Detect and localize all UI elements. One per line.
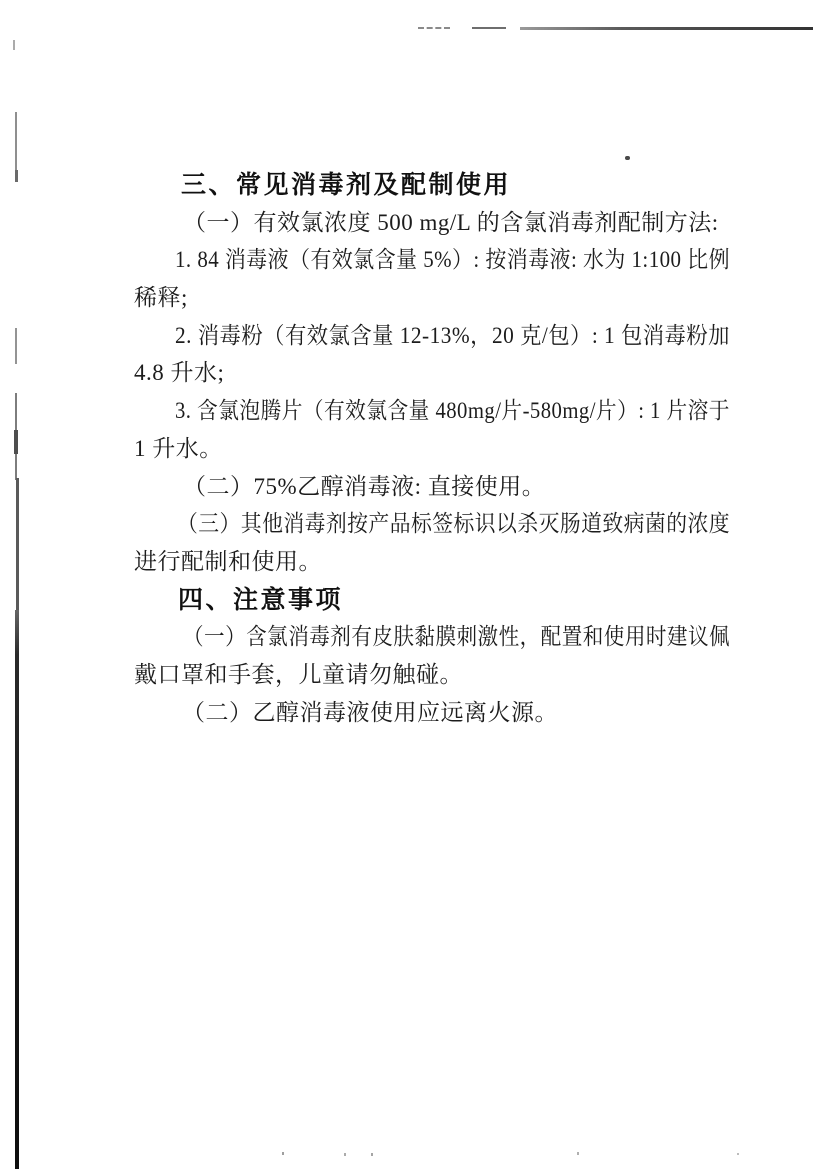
text-line: （一）有效氯浓度 500 mg/L 的含氯消毒剂配制方法: <box>183 207 719 239</box>
text-line: 稀释; <box>134 282 188 314</box>
scan-artifact-left-streak-3-blob <box>14 430 18 454</box>
text-line: （二）75%乙醇消毒液: 直接使用。 <box>183 471 545 503</box>
text-line: 3. 含氯泡腾片（有效氯含量 480mg/片-580mg/片）: 1 片溶于 <box>175 395 730 427</box>
text-line: 4.8 升水; <box>134 357 224 389</box>
scan-artifact-bottom-speck-3 <box>371 1153 373 1156</box>
text-line: 进行配制和使用。 <box>134 546 322 578</box>
text-line: 1. 84 消毒液（有效氯含量 5%）: 按消毒液: 水为 1:100 比例 <box>175 244 730 276</box>
text-line: 2. 消毒粉（有效氯含量 12-13%，20 克/包）: 1 包消毒粉加 <box>175 320 730 352</box>
scan-artifact-top-rule-dashed-segment <box>418 27 450 29</box>
text-line: （三）其他消毒剂按产品标签标识以杀灭肠道致病菌的浓度 <box>177 508 730 540</box>
document-page: 三、常见消毒剂及配制使用（一）有效氯浓度 500 mg/L 的含氯消毒剂配制方法… <box>0 0 827 1169</box>
scan-artifact-left-edge-tick-top <box>13 40 15 50</box>
section-heading-line: 三、常见消毒剂及配制使用 <box>181 169 511 201</box>
scan-artifact-bottom-speck-2 <box>344 1153 346 1156</box>
scan-artifact-top-rule-long-segment <box>520 27 813 30</box>
section-heading-line: 四、注意事项 <box>178 584 343 616</box>
text-line: （一）含氯消毒剂有皮肤黏膜刺激性，配置和使用时建议佩 <box>183 621 730 653</box>
text-line: 1 升水。 <box>134 433 223 465</box>
scan-artifact-stray-dot <box>625 156 630 160</box>
scan-artifact-bottom-speck-4 <box>577 1152 579 1155</box>
scan-artifact-bottom-speck-1 <box>282 1152 284 1155</box>
scan-artifact-left-streak-4 <box>16 478 19 612</box>
scan-artifact-left-streak-bottom <box>15 610 19 1169</box>
scan-artifact-top-rule-segment <box>472 27 506 29</box>
scan-artifact-left-streak-2 <box>15 328 17 364</box>
text-line: 戴口罩和手套，儿童请勿触碰。 <box>134 659 463 691</box>
scan-artifact-left-streak-1-dark-tip <box>15 170 18 182</box>
text-line: （二）乙醇消毒液使用应远离火源。 <box>182 697 558 729</box>
scan-artifact-bottom-speck-5 <box>737 1153 739 1155</box>
